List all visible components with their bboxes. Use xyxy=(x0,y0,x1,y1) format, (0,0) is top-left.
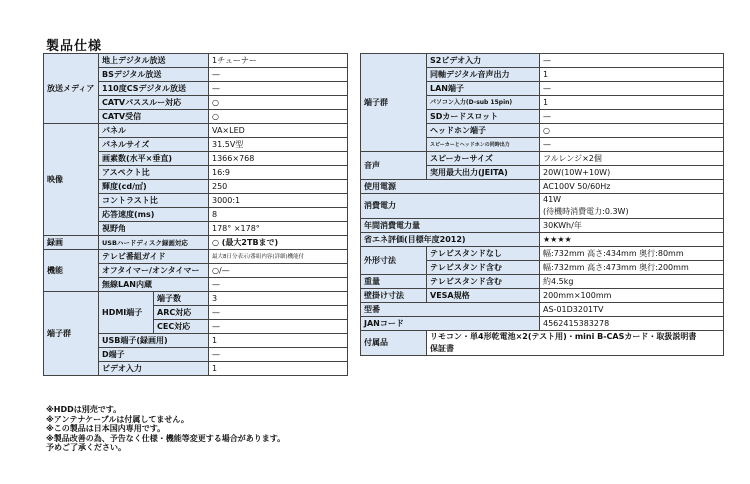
spec-label: 端子数 xyxy=(154,292,209,306)
spec-value: 3 xyxy=(209,292,348,306)
group-label: 録画 xyxy=(44,236,99,250)
footnote: 予めご了承ください。 xyxy=(46,443,285,453)
spec-value: AS-01D3201TV xyxy=(540,303,724,317)
table-row: 省エネ評価(目標年度2012) ★★★★ xyxy=(361,233,724,247)
table-row: 型番 AS-01D3201TV xyxy=(361,303,724,317)
spec-label: スピーカーサイズ xyxy=(427,152,540,166)
spec-value: 幅:732mm 高さ:434mm 奥行:80mm xyxy=(540,247,724,261)
spec-value: 4562415383278 xyxy=(540,317,724,331)
footnotes: ※HDDは別売です。 ※アンテナケーブルは付属してません。 ※この製品は日本国内… xyxy=(46,405,285,453)
group-label: 付属品 xyxy=(361,331,427,356)
spec-value: 約4.5kg xyxy=(540,275,724,289)
spec-value: 8 xyxy=(209,208,348,222)
spec-value-line: (待機時消費電力:0.3W) xyxy=(543,206,723,218)
spec-label: USBハードディスク録画対応 xyxy=(99,236,209,250)
table-row: 付属品 リモコン・単4形乾電池×2(テスト用)・mini B-CASカード・取扱… xyxy=(361,331,724,356)
spec-value: フルレンジ×2個 xyxy=(540,152,724,166)
group-label: 映像 xyxy=(44,124,99,236)
spec-label: 応答速度(ms) xyxy=(99,208,209,222)
spec-label: JANコード xyxy=(361,317,540,331)
spec-label: 実用最大出力(JEITA) xyxy=(427,166,540,180)
spec-value: 幅:732mm 高さ:473mm 奥行:200mm xyxy=(540,261,724,275)
spec-label: S2ビデオ入力 xyxy=(427,54,540,68)
spec-value: 16:9 xyxy=(209,166,348,180)
spec-value: — xyxy=(209,348,348,362)
group-label: 壁掛け寸法 xyxy=(361,289,427,303)
table-row: 放送メディア 地上デジタル放送 1チューナー xyxy=(44,54,348,68)
spec-value: ○/— xyxy=(209,264,348,278)
spec-label: テレビスタンド含む xyxy=(427,261,540,275)
spec-value-line: 保証書 xyxy=(430,343,723,355)
spec-value: 1366×768 xyxy=(209,152,348,166)
spec-label: 同軸デジタル音声出力 xyxy=(427,68,540,82)
spec-table-right: 端子群 S2ビデオ入力 — 同軸デジタル音声出力 1 LAN端子 — パソコン入… xyxy=(360,53,724,356)
table-row: JANコード 4562415383278 xyxy=(361,317,724,331)
spec-value: 30KWh/年 xyxy=(540,219,724,233)
spec-label: VESA規格 xyxy=(427,289,540,303)
table-row: 壁掛け寸法 VESA規格 200mm×100mm xyxy=(361,289,724,303)
table-row: 消費電力 41W (待機時消費電力:0.3W) xyxy=(361,194,724,219)
group-label: 放送メディア xyxy=(44,54,99,124)
spec-value: 3000:1 xyxy=(209,194,348,208)
spec-label: SDカードスロット xyxy=(427,110,540,124)
spec-value: VA×LED xyxy=(209,124,348,138)
spec-label: LAN端子 xyxy=(427,82,540,96)
spec-value: リモコン・単4形乾電池×2(テスト用)・mini B-CASカード・取扱説明書 … xyxy=(427,331,724,356)
spec-value: ○ (最大2TBまで) xyxy=(209,236,348,250)
spec-value: ○ xyxy=(540,124,724,138)
spec-label: D端子 xyxy=(99,348,209,362)
table-row: 録画 USBハードディスク録画対応 ○ (最大2TBまで) xyxy=(44,236,348,250)
footnote: ※HDDは別売です。 xyxy=(46,405,285,415)
spec-value: 250 xyxy=(209,180,348,194)
spec-label: 無線LAN内蔵 xyxy=(99,278,209,292)
spec-value-line: リモコン・単4形乾電池×2(テスト用)・mini B-CASカード・取扱説明書 xyxy=(430,331,723,343)
spec-value: 200mm×100mm xyxy=(540,289,724,303)
spec-value: — xyxy=(209,68,348,82)
table-row: 映像 パネル VA×LED xyxy=(44,124,348,138)
spec-label: 110度CSデジタル放送 xyxy=(99,82,209,96)
spec-value: — xyxy=(540,110,724,124)
table-row: 端子群 HDMI端子 端子数 3 xyxy=(44,292,348,306)
spec-label: パネル xyxy=(99,124,209,138)
table-row: 音声 スピーカーサイズ フルレンジ×2個 xyxy=(361,152,724,166)
spec-label: コントラスト比 xyxy=(99,194,209,208)
spec-label: テレビスタンド含む xyxy=(427,275,540,289)
spec-label: スピーカーとヘッドホンの同時出力 xyxy=(427,138,540,152)
spec-label: アスペクト比 xyxy=(99,166,209,180)
spec-value: 1チューナー xyxy=(209,54,348,68)
spec-label: 消費電力 xyxy=(361,194,540,219)
spec-value: 1 xyxy=(540,96,724,110)
spec-label: テレビスタンドなし xyxy=(427,247,540,261)
spec-label: CATV受信 xyxy=(99,110,209,124)
spec-value: — xyxy=(209,320,348,334)
spec-label: 省エネ評価(目標年度2012) xyxy=(361,233,540,247)
spec-label: 使用電源 xyxy=(361,180,540,194)
spec-value: 178° ×178° xyxy=(209,222,348,236)
footnote: ※アンテナケーブルは付属してません。 xyxy=(46,415,285,425)
footnote: ※この製品は日本国内専用です。 xyxy=(46,424,285,434)
spec-value: AC100V 50/60Hz xyxy=(540,180,724,194)
table-row: 端子群 S2ビデオ入力 — xyxy=(361,54,724,68)
spec-value: — xyxy=(209,278,348,292)
spec-value: 41W (待機時消費電力:0.3W) xyxy=(540,194,724,219)
spec-label: 輝度(cd/㎡) xyxy=(99,180,209,194)
spec-label: 年間消費電力量 xyxy=(361,219,540,233)
spec-value: 20W(10W+10W) xyxy=(540,166,724,180)
spec-label: 地上デジタル放送 xyxy=(99,54,209,68)
spec-label: CEC対応 xyxy=(154,320,209,334)
table-row: 機能 テレビ番組ガイド 最大8日分表示/番組内容(詳細)機能付 xyxy=(44,250,348,264)
page-title: 製品仕様 xyxy=(46,35,102,54)
spec-label: パネルサイズ xyxy=(99,138,209,152)
group-label: 重量 xyxy=(361,275,427,289)
spec-value: 31.5V型 xyxy=(209,138,348,152)
spec-label: ビデオ入力 xyxy=(99,362,209,376)
spec-value: 1 xyxy=(209,334,348,348)
spec-value: 最大8日分表示/番組内容(詳細)機能付 xyxy=(209,250,348,264)
spec-label: USB端子(録画用) xyxy=(99,334,209,348)
spec-label: パソコン入力(D-sub 15pin) xyxy=(427,96,540,110)
spec-value: — xyxy=(540,138,724,152)
table-row: 使用電源 AC100V 50/60Hz xyxy=(361,180,724,194)
spec-label: BSデジタル放送 xyxy=(99,68,209,82)
group-label: 外形寸法 xyxy=(361,247,427,275)
group-label: 端子群 xyxy=(361,54,427,152)
spec-label: オフタイマー/オンタイマー xyxy=(99,264,209,278)
spec-label: ARC対応 xyxy=(154,306,209,320)
spec-subgroup: HDMI端子 xyxy=(99,292,154,334)
spec-value: ○ xyxy=(209,96,348,110)
spec-value: 1 xyxy=(540,68,724,82)
spec-table-left: 放送メディア 地上デジタル放送 1チューナー BSデジタル放送 — 110度CS… xyxy=(43,53,348,376)
table-row: 年間消費電力量 30KWh/年 xyxy=(361,219,724,233)
table-row: 重量 テレビスタンド含む 約4.5kg xyxy=(361,275,724,289)
star-rating: ★★★★ xyxy=(540,233,724,247)
spec-value: — xyxy=(209,306,348,320)
spec-value: — xyxy=(540,54,724,68)
spec-label: 型番 xyxy=(361,303,540,317)
spec-label: CATVパススルー対応 xyxy=(99,96,209,110)
spec-value: — xyxy=(540,82,724,96)
spec-label: テレビ番組ガイド xyxy=(99,250,209,264)
group-label: 音声 xyxy=(361,152,427,180)
spec-value: — xyxy=(209,82,348,96)
spec-label: 視野角 xyxy=(99,222,209,236)
table-row: 外形寸法 テレビスタンドなし 幅:732mm 高さ:434mm 奥行:80mm xyxy=(361,247,724,261)
footnote: ※製品改善の為、予告なく仕様・機能等変更する場合があります。 xyxy=(46,434,285,444)
spec-value: 1 xyxy=(209,362,348,376)
spec-label: 画素数(水平×垂直) xyxy=(99,152,209,166)
spec-label: ヘッドホン端子 xyxy=(427,124,540,138)
group-label: 機能 xyxy=(44,250,99,292)
spec-value-line: 41W xyxy=(543,194,723,206)
spec-value: ○ xyxy=(209,110,348,124)
group-label: 端子群 xyxy=(44,292,99,376)
